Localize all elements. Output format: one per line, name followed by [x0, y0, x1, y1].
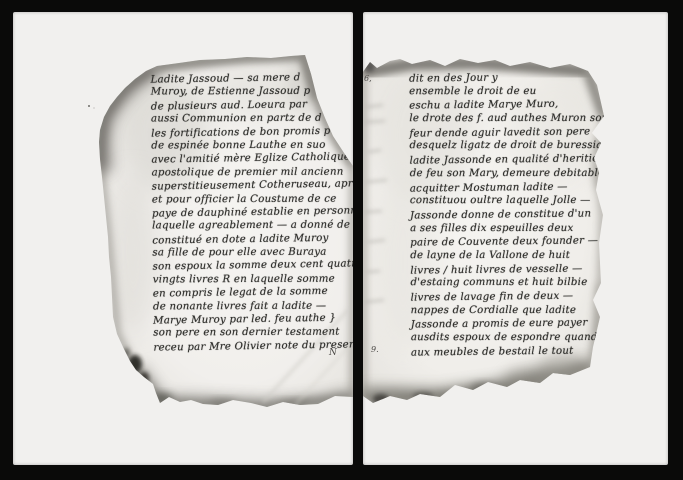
microfilm-scan: Ladite Jassoud — sa mere dMuroy, de Esti…	[0, 0, 683, 480]
left-page-text: Ladite Jassoud — sa mere dMuroy, de Esti…	[151, 71, 353, 354]
manuscript-line: aussi Communion en partz de d	[151, 112, 353, 126]
manuscript-line: superstitieusement Cotheruseau, après qu…	[152, 178, 353, 195]
manuscript-line: receu par Mre Olivier note du present	[153, 338, 353, 355]
dust-speck	[88, 105, 90, 107]
right-footer-mark: 9.	[371, 345, 379, 354]
left-side-mark: N	[329, 348, 337, 358]
right-corner-mark: 6,	[364, 74, 372, 83]
